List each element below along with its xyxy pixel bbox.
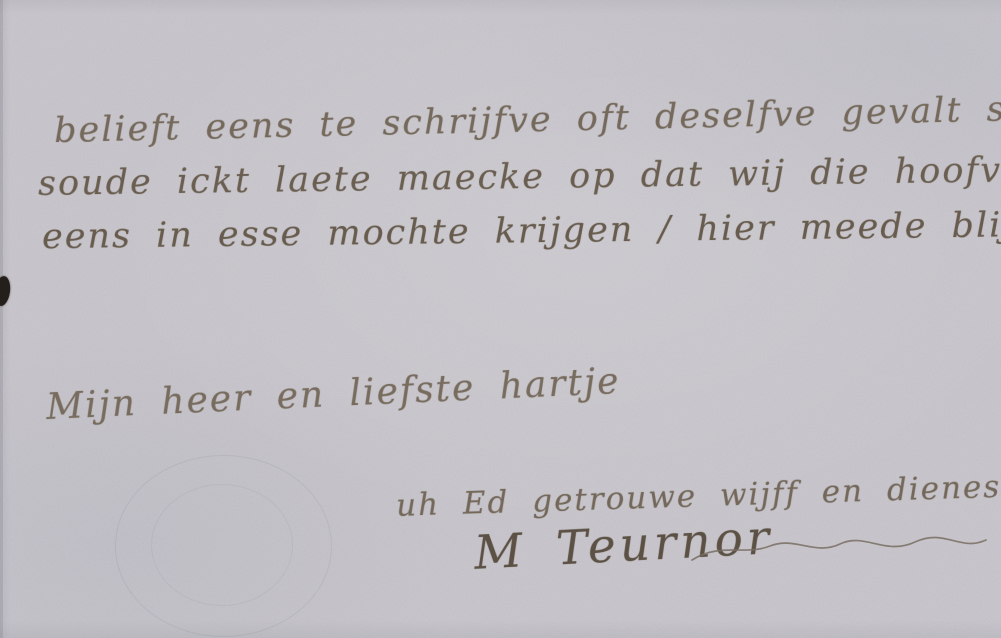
letter-body-line-1: belieft eens te schrijfve oft deselfve g… — [54, 89, 1001, 151]
letter-page: belieft eens te schrijfve oft deselfve g… — [0, 0, 1001, 638]
paper-left-edge-shadow — [0, 0, 3, 638]
letter-salutation: Mijn heer en liefste hartje — [45, 361, 621, 428]
paper-watermark-inner-ring — [151, 484, 293, 606]
letter-body-line-2: soude ickt laete maecke op dat wij die h… — [38, 150, 1001, 204]
letter-body-line-3: eens in esse mochte krijgen / hier meede… — [42, 205, 1001, 257]
ink-blot — [0, 275, 12, 307]
paper-watermark — [115, 455, 332, 637]
letter-signature: M Teurnor — [473, 510, 775, 581]
